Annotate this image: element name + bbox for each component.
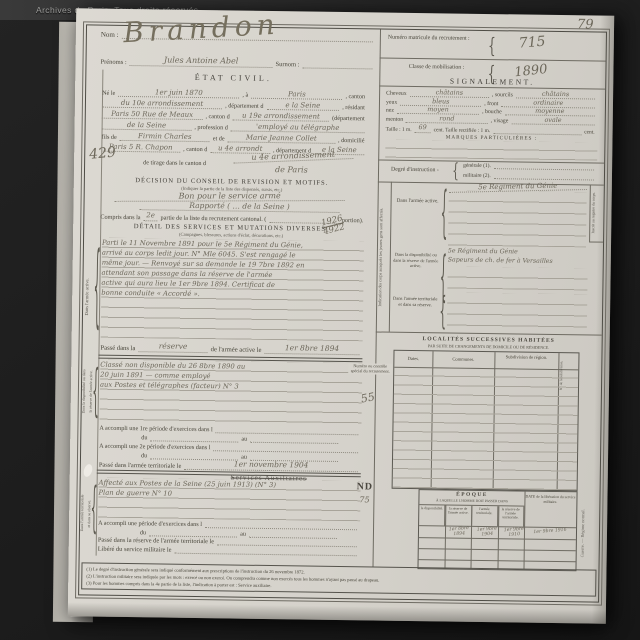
instruction-militaire-row: militaire (2). (463, 173, 597, 181)
periode-row: A accompli une période d'exercices dans … (98, 520, 360, 531)
value: Paris (288, 90, 306, 98)
side-label-corps: Indication des corps auxquels les jeunes… (378, 186, 390, 330)
label: , sourcils (492, 92, 513, 98)
value: u 19e arrondissement (242, 111, 320, 120)
label: nez (386, 108, 394, 114)
nickname-label: Surnom : (275, 61, 299, 68)
corps-dispo-value-2: Sapeurs de ch. de fer à Versailles (448, 256, 588, 265)
label: générale (1). (463, 163, 491, 169)
value: 'employé au télégraphe (256, 122, 339, 131)
label: Passé dans la réserve de l'armée territo… (98, 537, 214, 546)
value: Paris 5 R. Chapon (109, 142, 173, 151)
instruction-brace: { (451, 163, 460, 181)
epoque-date-header: DATE de la libération du service militai… (525, 495, 575, 506)
corps-active-lines (448, 190, 587, 247)
epoque-col-header: la réserve de l'armée active. (445, 505, 472, 525)
value: ovale (544, 116, 561, 124)
label: Passé dans la (100, 345, 135, 352)
label: A accompli une période d'exercices dans … (98, 520, 202, 528)
blank (494, 168, 594, 170)
territoriale-entries: Affecté aux Postes de la Seine (25 juin … (98, 478, 361, 522)
value: u 4e arrondt (218, 144, 263, 153)
col-dates: Dates. (394, 356, 432, 362)
value: Firmin Charles (138, 132, 192, 141)
label: , résidant (342, 104, 365, 111)
matricule-label: Numéro matricule du recrutement : (388, 35, 484, 43)
label: , profession d (194, 124, 228, 131)
label: du (140, 529, 146, 536)
tirage-number: 429 (89, 144, 117, 162)
epoque-subtitle: À LAQUELLE L'HOMME DOIT PASSER DANS (419, 498, 524, 503)
epoque-col-header: la réserve de l'armée territoriale. (498, 506, 525, 526)
marques-blank-lines (385, 140, 597, 161)
value: châtains (542, 90, 569, 98)
footnotes-box: (1) Le degré d'instruction générale sera… (81, 562, 596, 597)
label: , canton (345, 93, 365, 100)
label: Né le (102, 90, 115, 97)
label: de l'armée active le (211, 346, 262, 354)
epoque-col-header: l'armée territoriale. (472, 506, 499, 526)
disponibilite-brace: { (90, 362, 102, 422)
periode2-row: A accompli une 2e période d'exercices da… (99, 443, 361, 454)
tirage-label: de tirage dans le canton d (143, 159, 206, 167)
nd-mark: ND (357, 481, 374, 492)
corps-dispo-label: Dans la disponibilité ou dans la réserve… (392, 252, 440, 269)
periode1-row: A accompli une 1re période d'exercices d… (99, 425, 361, 436)
label: menton (386, 117, 403, 123)
value: châtains (436, 88, 463, 96)
nd-mark-2: 75 (359, 495, 369, 504)
label: du (141, 452, 147, 459)
form-frame: Nom : Brandon Prénoms : Jules Antoine Ab… (78, 24, 607, 602)
name-value: Brandon (122, 3, 363, 49)
value: réserve (159, 341, 188, 350)
value: de la Seine (127, 120, 166, 129)
label: Taille : 1 m. (386, 126, 412, 132)
name-label: Nom : (101, 31, 119, 39)
instruction-generale-row: générale (1). (463, 163, 597, 171)
label: , visage (491, 118, 509, 124)
label: fils de (101, 134, 116, 141)
col-subdivision: Subdivision de région. (494, 354, 558, 360)
blank (250, 442, 338, 444)
services-entries: Parti le 11 Novembre 1891 pour le 5e Rég… (101, 238, 364, 342)
du-au-row: du au (141, 434, 341, 444)
label: , bouche (482, 109, 502, 115)
corps-territoriale-lines (447, 292, 588, 332)
value: du 10e arrondissement (121, 98, 203, 107)
armee-active-brace: { (91, 238, 104, 338)
label: , département d (225, 102, 263, 110)
label: du (141, 434, 147, 441)
label: portion). (342, 217, 364, 224)
etat-civil-title: ÉTAT CIVIL. (102, 72, 364, 85)
nickname-blank (302, 67, 372, 69)
value: 1er novembre 1904 (234, 460, 309, 470)
territoriale-brace: { (88, 479, 100, 537)
value: 69 (418, 123, 426, 131)
controle-label: Numéro ou contrôle spécial du recrutemen… (348, 363, 392, 375)
value: ordinaire (533, 98, 563, 106)
signalement-rows: Cheveux châtains , sourcils châtains yeu… (386, 88, 598, 126)
label: cent. Taille rectifiée : 1 m. (434, 127, 491, 134)
firstname-label: Prénoms : (100, 58, 126, 65)
value: 1er juin 1870 (155, 88, 203, 97)
label: , canton d (183, 146, 207, 153)
label: Compris dans la (100, 213, 140, 221)
col-communes: Communes. (432, 356, 494, 362)
decision-entry-2: Rapporté ( … de la Seine ) (139, 200, 339, 213)
value: Paris 50 Rue de Meaux (111, 109, 193, 118)
viewer-canvas: Archives de Paris. Tous droits réservés.… (0, 0, 640, 640)
instruction-label: Degré d'instruction - (391, 167, 439, 174)
label: Passé dans l'armée territoriale le (99, 461, 182, 469)
epoque-date-value: 1er 9bre 1916 (525, 527, 575, 536)
passe-reserve-row: Passé dans la réserve de l'armée active … (100, 342, 362, 356)
document-page: 79 Nom : Brandon Prénoms : Jules Antoine… (68, 8, 614, 623)
libere-row: Libéré du service militaire le (98, 546, 360, 557)
label: Cheveux (386, 90, 407, 96)
epoque-table: ÉPOQUE À LAQUELLE L'HOMME DOIT PASSER DA… (417, 489, 577, 571)
value: 2e (146, 211, 155, 219)
blank (150, 440, 238, 442)
value: Marie Jeanne Collet (246, 133, 317, 142)
label: , domicilié (338, 137, 365, 144)
firstname-row: Prénoms : Jules Antoine Abel Surnom : (100, 56, 375, 70)
label: (département (332, 115, 365, 122)
controle-value: 55 (360, 390, 376, 405)
corps-territoriale-label: Dans l'armée territoriale et dans sa rés… (391, 296, 439, 308)
disponibilite-entries: Classé non disponible du 26 8bre 1890 au… (100, 360, 363, 426)
label: yeux (386, 99, 397, 105)
label: au (240, 531, 246, 538)
label: , canton d (205, 113, 229, 120)
label: Libéré du service militaire le (98, 546, 172, 554)
corps-dispo-value-1: 5e Régiment du Génie (448, 247, 588, 256)
value: moyen (427, 105, 449, 113)
label: et de (213, 135, 225, 142)
edge-note: Guerre. — Régime normal. (580, 494, 591, 572)
value: moyenne (535, 107, 564, 115)
value: rond (439, 114, 454, 122)
label: militaire (2). (463, 173, 491, 179)
box-line (589, 241, 603, 242)
classe-label: Classe de mobilisation : (391, 64, 481, 72)
label: cent. (584, 129, 594, 135)
matricule-value: 715 (518, 34, 546, 52)
value: 1er 8bre 1894 (285, 343, 339, 353)
label: partie de la liste du recrutement canton… (161, 214, 267, 222)
localites-rows (393, 367, 579, 491)
tirage-value-2: de Paris (275, 165, 308, 174)
firstname-value: Jules Antoine Abel (164, 56, 239, 66)
label: , à (242, 92, 248, 99)
label: A accompli une 2e période d'exercices da… (99, 443, 210, 452)
value: bleus (432, 97, 449, 105)
corps-active-label: Dans l'armée active. (395, 198, 441, 205)
matricule-brace: { (487, 33, 498, 57)
epoque-col-header: la disponibilité. (419, 505, 446, 525)
label: A accompli une 1re période d'exercices d… (99, 425, 212, 434)
blank (174, 553, 356, 557)
label: au (241, 436, 247, 443)
localites-table: Dates. Communes. Subdivision de région. … (392, 350, 580, 492)
label: , front (484, 101, 498, 107)
value: e la Seine (285, 101, 320, 109)
registre-note: Inscrit au registre du corps. (591, 186, 602, 239)
corps-dispo-lines (447, 266, 587, 290)
etat-civil-paragraph: Né le 1er juin 1870 , à Paris , canton d… (101, 86, 368, 156)
